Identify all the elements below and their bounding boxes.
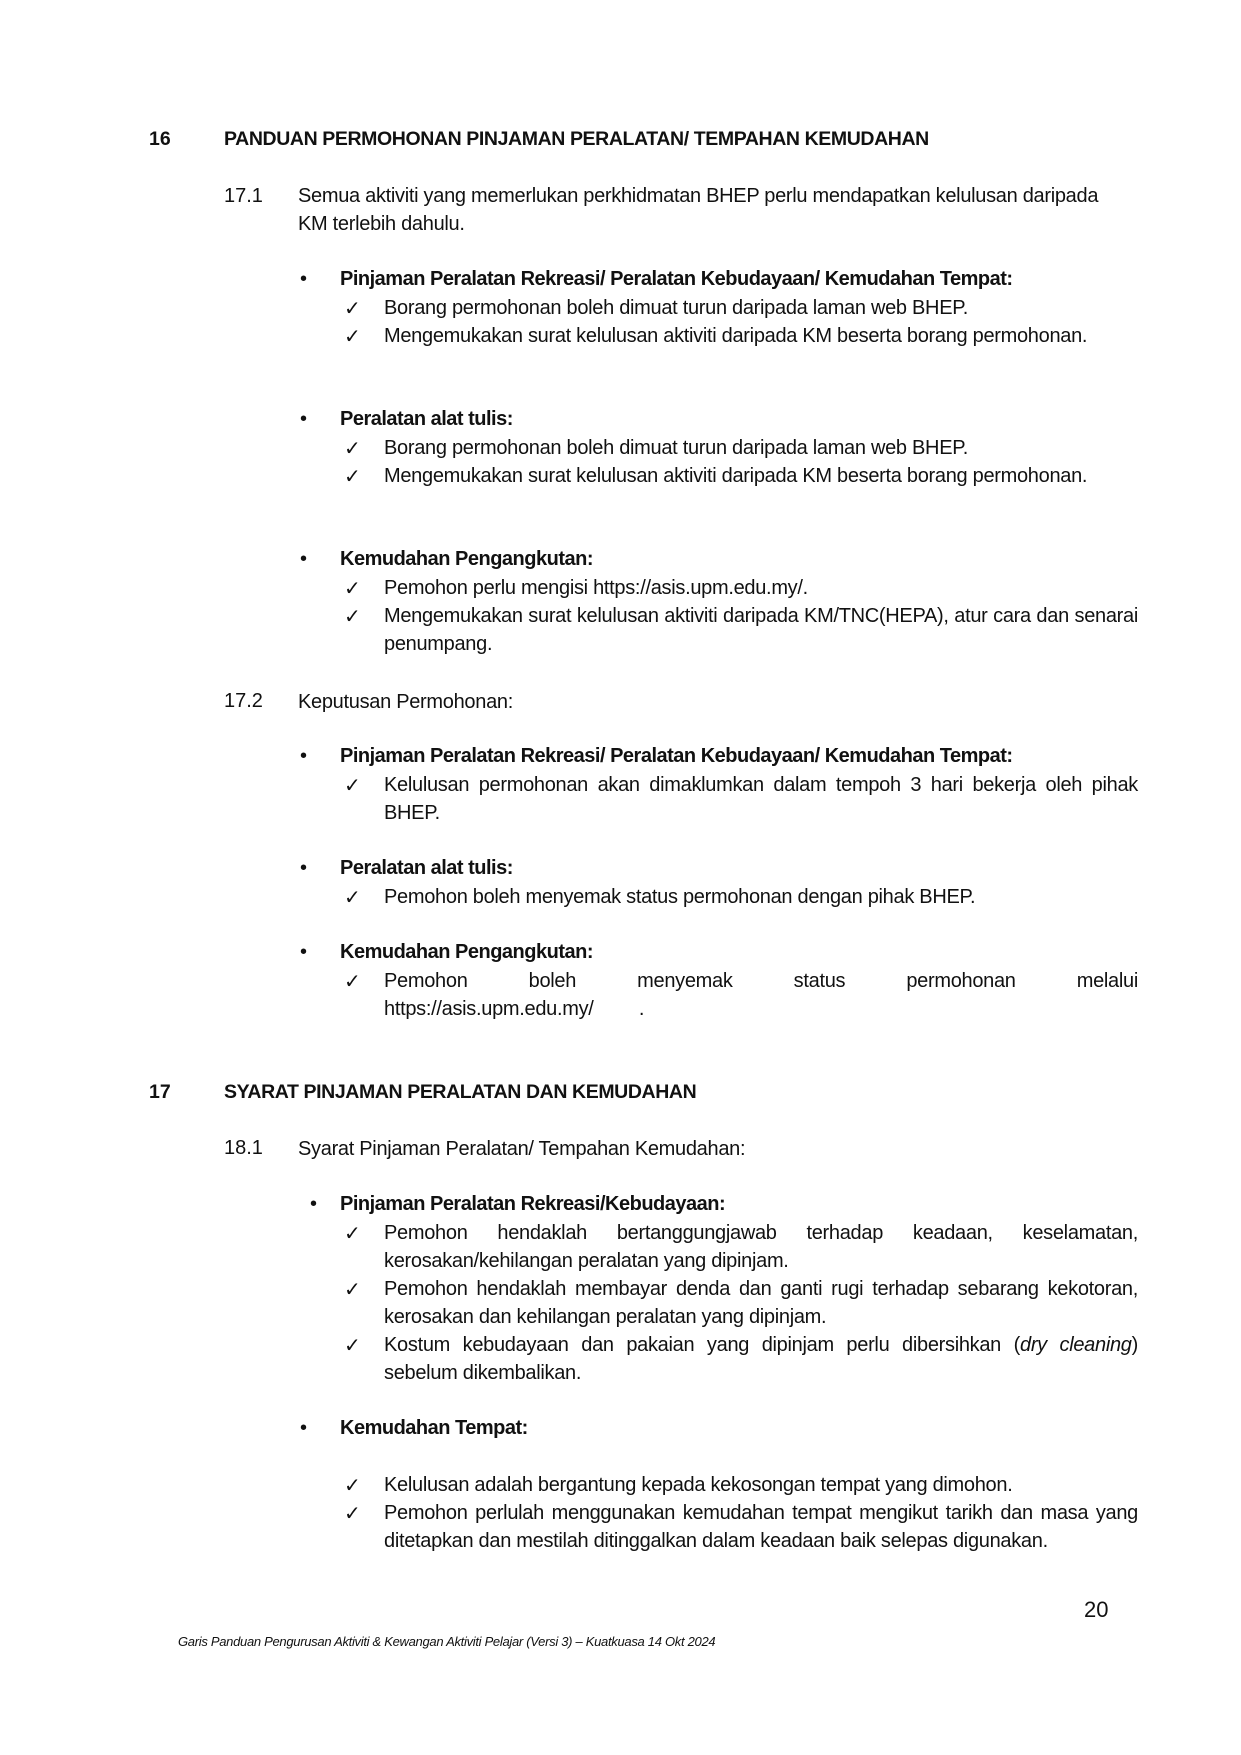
subsection-text: Semua aktiviti yang memerlukan perkhidma… xyxy=(298,182,1118,238)
bullet-icon: • xyxy=(300,857,307,880)
check-icon: ✓ xyxy=(344,436,361,461)
bullet-icon: • xyxy=(300,408,307,431)
check-icon: ✓ xyxy=(344,1277,361,1302)
list-item: Kelulusan adalah bergantung kepada kekos… xyxy=(384,1471,1138,1499)
subsection-number: 17.2 xyxy=(224,690,263,713)
check-icon: ✓ xyxy=(344,464,361,489)
subsection-number: 18.1 xyxy=(224,1137,263,1160)
check-icon: ✓ xyxy=(344,1473,361,1498)
check-icon: ✓ xyxy=(344,324,361,349)
list-item: Borang permohonan boleh dimuat turun dar… xyxy=(384,294,1138,322)
list-item-text: Kostum kebudayaan dan pakaian yang dipin… xyxy=(384,1334,1020,1356)
bullet-icon: • xyxy=(300,745,307,768)
bullet-icon: • xyxy=(300,268,307,291)
list-heading: Peralatan alat tulis: xyxy=(340,857,513,880)
list-item: Kelulusan permohonan akan dimaklumkan da… xyxy=(384,771,1138,827)
section-title: PANDUAN PERMOHONAN PINJAMAN PERALATAN/ T… xyxy=(224,128,929,151)
check-icon: ✓ xyxy=(344,576,361,601)
list-item: Mengemukakan surat kelulusan aktiviti da… xyxy=(384,462,1138,490)
list-heading: Pinjaman Peralatan Rekreasi/Kebudayaan: xyxy=(340,1193,725,1216)
check-icon: ✓ xyxy=(344,885,361,910)
list-item: Pemohon perlulah menggunakan kemudahan t… xyxy=(384,1499,1138,1555)
list-heading: Kemudahan Tempat: xyxy=(340,1417,528,1440)
bullet-icon: • xyxy=(300,941,307,964)
list-heading: Kemudahan Pengangkutan: xyxy=(340,941,593,964)
check-icon: ✓ xyxy=(344,1501,361,1526)
list-heading: Peralatan alat tulis: xyxy=(340,408,513,431)
list-item: Pemohon boleh menyemak status permohonan… xyxy=(384,967,1138,1023)
list-heading: Pinjaman Peralatan Rekreasi/ Peralatan K… xyxy=(340,745,1013,768)
list-item: Borang permohonan boleh dimuat turun dar… xyxy=(384,434,1138,462)
subsection-text: Syarat Pinjaman Peralatan/ Tempahan Kemu… xyxy=(298,1135,1138,1163)
list-item: Pemohon hendaklah bertanggungjawab terha… xyxy=(384,1219,1138,1275)
bullet-icon: • xyxy=(300,1417,307,1440)
subsection-text: Keputusan Permohonan: xyxy=(298,688,1138,716)
bullet-icon: • xyxy=(300,548,307,571)
list-heading: Kemudahan Pengangkutan: xyxy=(340,548,593,571)
page-number: 20 xyxy=(1084,1597,1108,1623)
list-item-italic-term: dry cleaning xyxy=(1020,1334,1132,1356)
bullet-icon: • xyxy=(310,1193,317,1216)
check-icon: ✓ xyxy=(344,1221,361,1246)
list-heading: Pinjaman Peralatan Rekreasi/ Peralatan K… xyxy=(340,268,1013,291)
check-icon: ✓ xyxy=(344,604,361,629)
section-title: SYARAT PINJAMAN PERALATAN DAN KEMUDAHAN xyxy=(224,1081,696,1104)
check-icon: ✓ xyxy=(344,969,361,994)
list-item: Pemohon perlu mengisi https://asis.upm.e… xyxy=(384,574,1138,602)
list-item: Kostum kebudayaan dan pakaian yang dipin… xyxy=(384,1331,1138,1387)
check-icon: ✓ xyxy=(344,1333,361,1358)
page-footer: Garis Panduan Pengurusan Aktiviti & Kewa… xyxy=(178,1634,715,1649)
list-item: Mengemukakan surat kelulusan aktiviti da… xyxy=(384,322,1138,350)
section-number: 16 xyxy=(149,128,171,151)
check-icon: ✓ xyxy=(344,773,361,798)
check-icon: ✓ xyxy=(344,296,361,321)
subsection-number: 17.1 xyxy=(224,185,263,208)
list-item: Pemohon boleh menyemak status permohonan… xyxy=(384,883,1138,911)
list-item: Pemohon hendaklah membayar denda dan gan… xyxy=(384,1275,1138,1331)
section-number: 17 xyxy=(149,1081,171,1104)
list-item: Mengemukakan surat kelulusan aktiviti da… xyxy=(384,602,1138,658)
